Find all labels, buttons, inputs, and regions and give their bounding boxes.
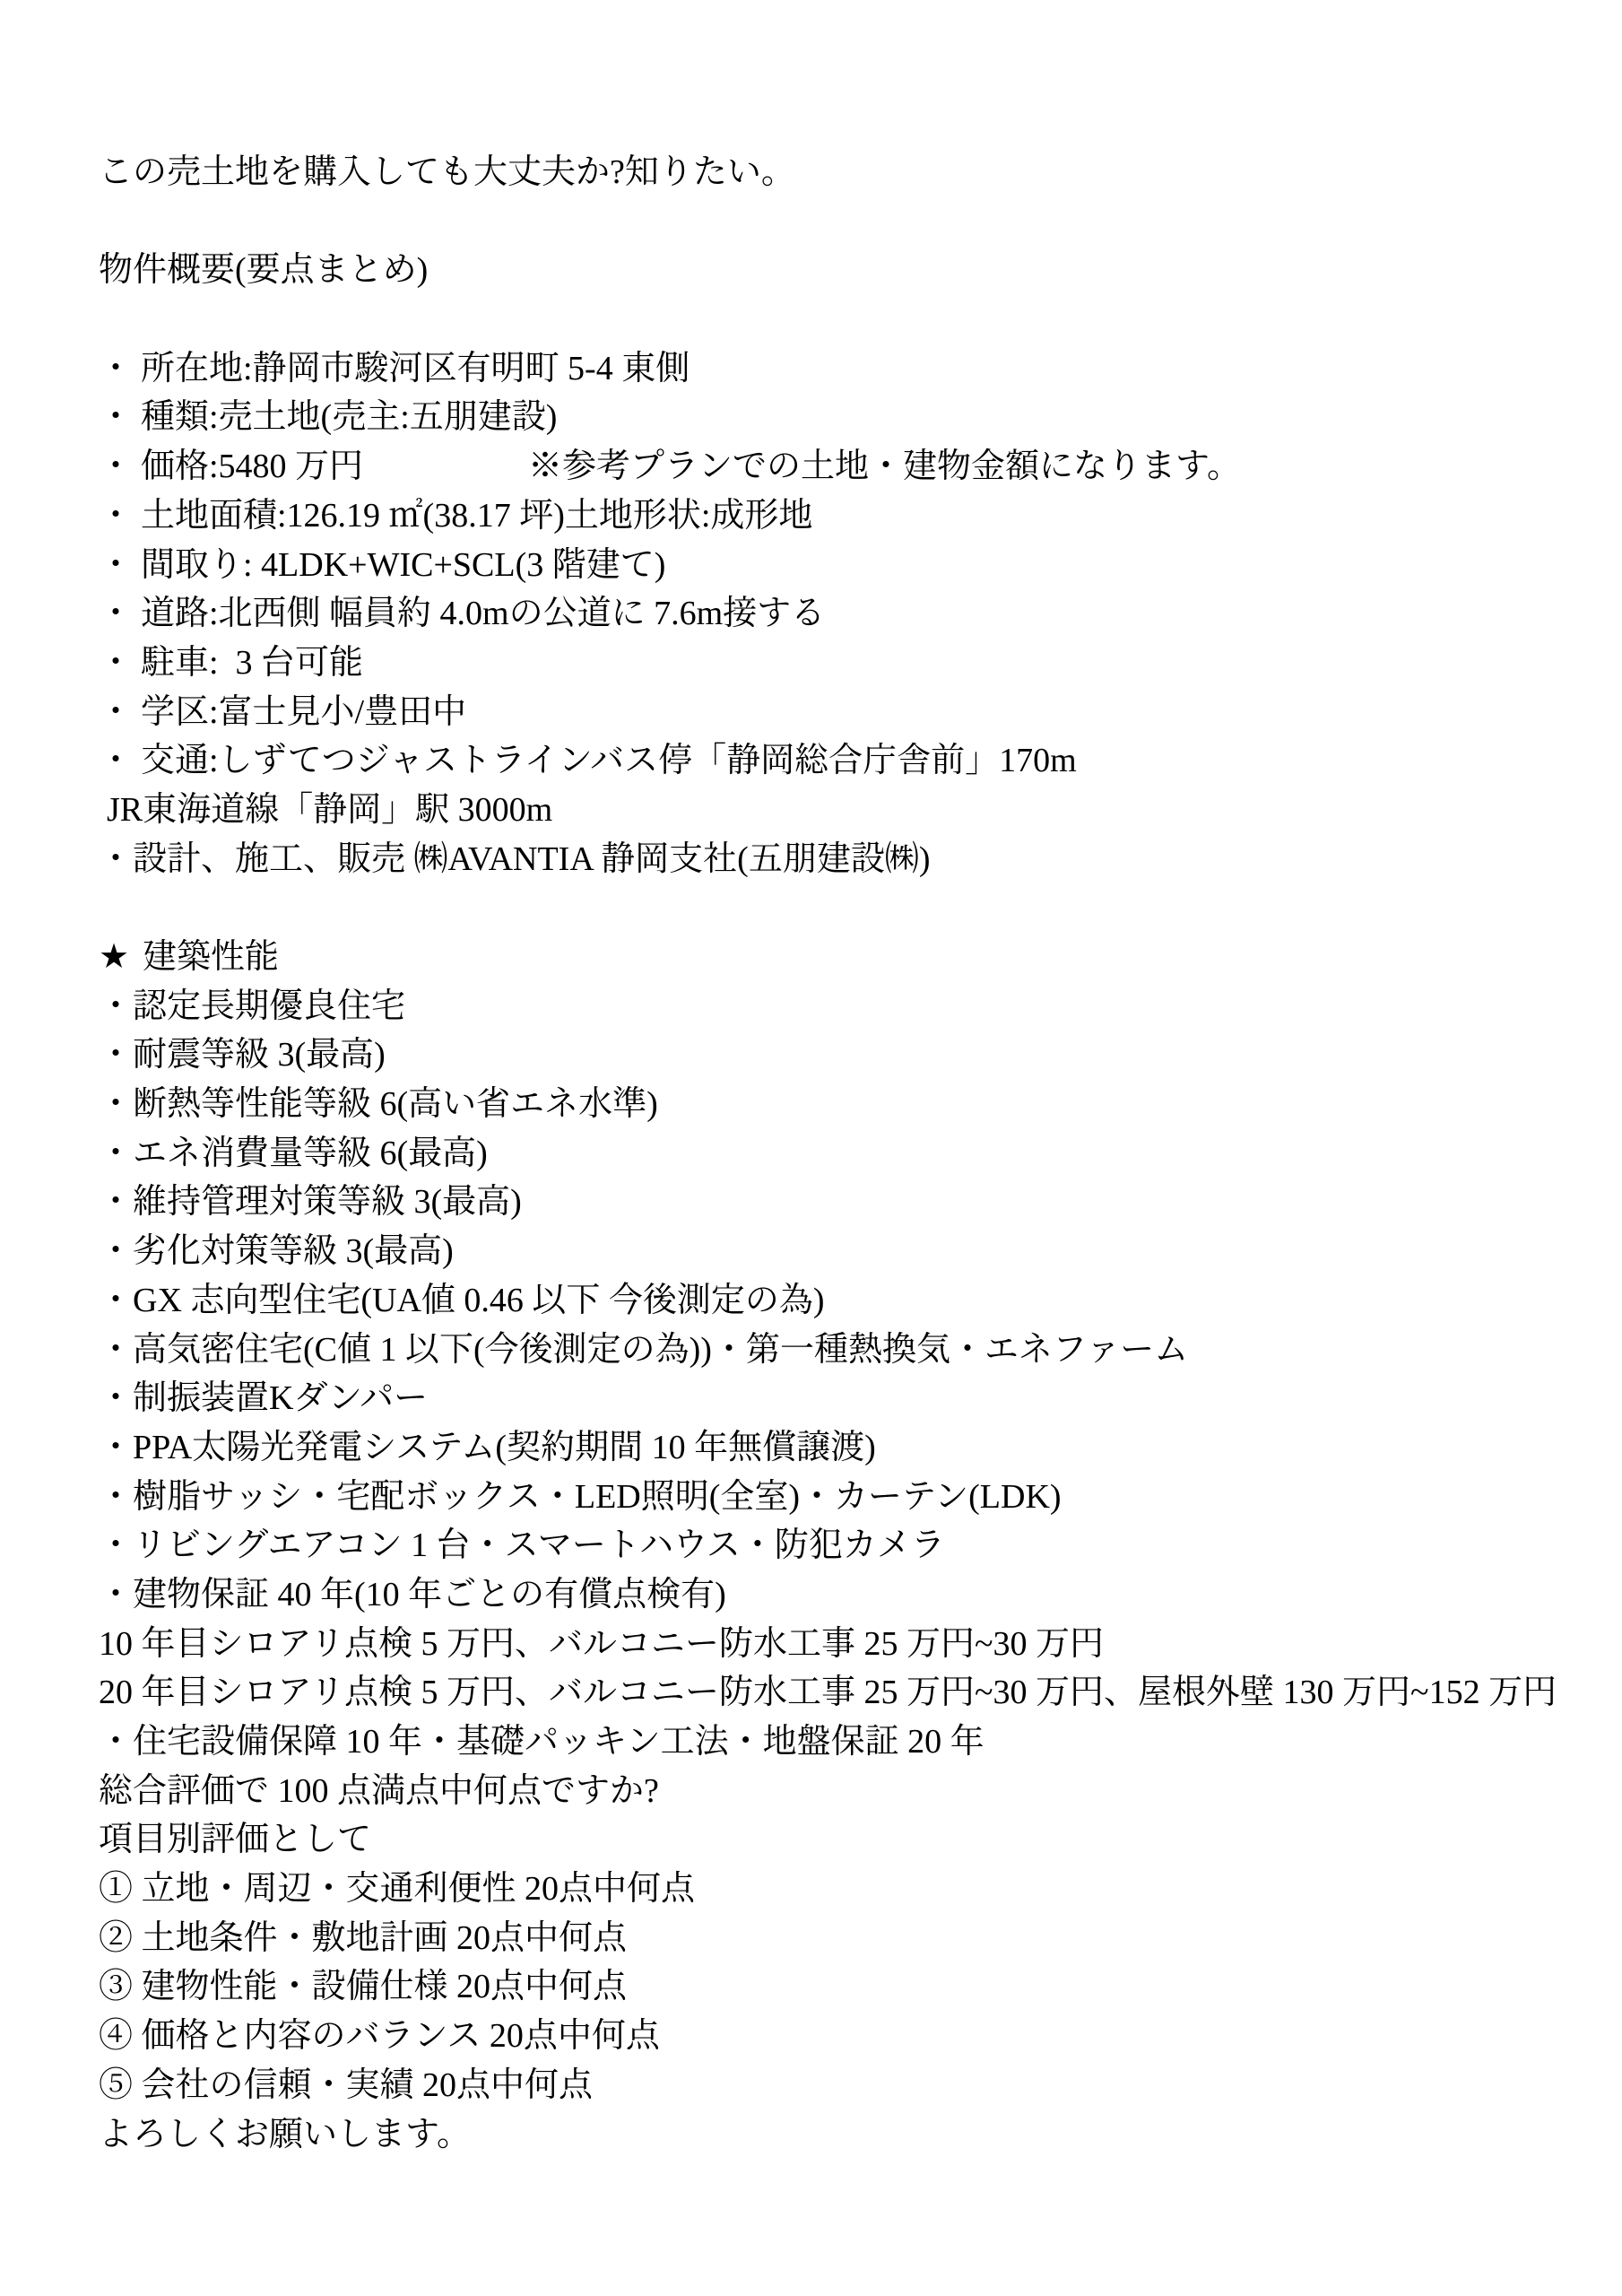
perf-item-aircon-smarthouse: ・リビングエアコン 1 台・スマートハウス・防犯カメラ: [99, 1521, 1618, 1570]
overview-item-land-area: ・土地面積:126.19 ㎡(38.17 坪)土地形状:成形地: [99, 491, 1618, 541]
overview-item-location: ・所在地:静岡市駿河区有明町 5-4 東側: [99, 344, 1618, 394]
intro-question: この売土地を購入しても大丈夫か?知りたい。: [99, 148, 1618, 197]
overview-item-road-text: 道路:北西側 幅員約 4.0mの公道に 7.6m接する: [141, 595, 825, 632]
bullet-icon: ・: [99, 541, 141, 590]
eval-total-question: 総合評価で 100 点満点中何点ですか?: [99, 1767, 1618, 1816]
bullet-icon: ・: [99, 688, 141, 737]
blank-line: [99, 883, 1618, 933]
bullet-icon: ・: [99, 639, 141, 688]
perf-item-equipment-warranty: ・住宅設備保障 10 年・基礎パッキン工法・地盤保証 20 年: [99, 1718, 1618, 1767]
price-reference-note: ※参考プランでの土地・建物金額になります。: [528, 442, 1241, 491]
overview-item-price: ・価格:5480 万円※参考プランでの土地・建物金額になります。: [99, 442, 1618, 491]
overview-heading: 物件概要(要点まとめ): [99, 246, 1618, 295]
overview-item-land-area-text: 土地面積:126.19 ㎡(38.17 坪)土地形状:成形地: [141, 497, 812, 535]
overview-item-location-text: 所在地:静岡市駿河区有明町 5-4 東側: [141, 350, 690, 387]
perf-item-ppa-solar: ・PPA太陽光発電システム(契約期間 10 年無償譲渡): [99, 1423, 1618, 1473]
eval-lead: 項目別評価として: [99, 1815, 1618, 1865]
perf-item-insulation-grade: ・断熱等性能等級 6(高い省エネ水準): [99, 1080, 1618, 1129]
perf-item-airtight-house: ・高気密住宅(C値 1 以下(今後測定の為))・第一種熱換気・エネファーム: [99, 1326, 1618, 1375]
overview-item-school-district: ・学区:富士見小/豊田中: [99, 688, 1618, 737]
blank-line: [99, 197, 1618, 247]
overview-item-transit: ・交通:しずてつジャストラインバス停「静岡総合庁舎前」170m: [99, 736, 1618, 786]
eval-item-3-building: ③ 建物性能・設備仕様 20点中何点: [99, 1962, 1618, 2012]
perf-item-k-damper: ・制振装置Kダンパー: [99, 1374, 1618, 1423]
perf-item-long-term-certified: ・認定長期優良住宅: [99, 982, 1618, 1031]
overview-item-transit-text: 交通:しずてつジャストラインバス停「静岡総合庁舎前」170m: [141, 742, 1077, 779]
eval-item-4-price-balance: ④ 価格と内容のバランス 20点中何点: [99, 2012, 1618, 2061]
bullet-icon: ・: [99, 393, 141, 442]
perf-item-seismic-grade: ・耐震等級 3(最高): [99, 1031, 1618, 1080]
document-page: この売土地を購入しても大丈夫か?知りたい。 物件概要(要点まとめ) ・所在地:静…: [0, 0, 1622, 2296]
perf-item-termite-10y: 10 年目シロアリ点検 5 万円、バルコニー防水工事 25 万円~30 万円: [99, 1620, 1618, 1669]
overview-item-floor-plan: ・間取り: 4LDK+WIC+SCL(3 階建て): [99, 541, 1618, 590]
bullet-icon: ・: [99, 736, 141, 786]
perf-item-gx-house: ・GX 志向型住宅(UA値 0.46 以下 今後測定の為): [99, 1276, 1618, 1326]
eval-item-1-location: ① 立地・周辺・交通利便性 20点中何点: [99, 1865, 1618, 1914]
eval-item-5-company-trust: ⑤ 会社の信頼・実績 20点中何点: [99, 2061, 1618, 2110]
bullet-icon: ・: [99, 491, 141, 541]
blank-line: [99, 295, 1618, 344]
overview-item-road: ・道路:北西側 幅員約 4.0mの公道に 7.6m接する: [99, 589, 1618, 639]
overview-item-price-text: 価格:5480 万円: [141, 448, 363, 485]
document-content: この売土地を購入しても大丈夫か?知りたい。 物件概要(要点まとめ) ・所在地:静…: [99, 148, 1618, 2159]
performance-heading: ★建築性能: [99, 933, 1618, 982]
builder-line: ・設計、施工、販売 ㈱AVANTIA 静岡支社(五朋建設㈱): [99, 835, 1618, 884]
perf-item-energy-consumption-grade: ・エネ消費量等級 6(最高): [99, 1129, 1618, 1178]
transit-jr-line: JR東海道線「静岡」駅 3000m: [99, 786, 1618, 835]
performance-heading-text: 建築性能: [143, 938, 279, 976]
overview-item-parking-text: 駐車: 3 台可能: [141, 644, 363, 682]
bullet-icon: ・: [99, 442, 141, 491]
closing-line: よろしくお願いします。: [99, 2110, 1618, 2160]
bullet-icon: ・: [99, 589, 141, 639]
perf-item-maintenance-grade: ・維持管理対策等級 3(最高): [99, 1178, 1618, 1227]
overview-item-type-text: 種類:売土地(売主:五朋建設): [141, 398, 557, 436]
perf-item-building-warranty: ・建物保証 40 年(10 年ごとの有償点検有): [99, 1570, 1618, 1620]
overview-item-parking: ・駐車: 3 台可能: [99, 639, 1618, 688]
bullet-icon: ・: [99, 344, 141, 394]
perf-item-termite-20y: 20 年目シロアリ点検 5 万円、バルコニー防水工事 25 万円~30 万円、屋…: [99, 1668, 1618, 1718]
overview-item-school-district-text: 学区:富士見小/豊田中: [141, 693, 466, 731]
eval-item-2-land: ② 土地条件・敷地計画 20点中何点: [99, 1914, 1618, 1963]
perf-item-deterioration-grade: ・劣化対策等級 3(最高): [99, 1227, 1618, 1276]
star-icon: ★: [99, 933, 143, 982]
overview-item-floor-plan-text: 間取り: 4LDK+WIC+SCL(3 階建て): [141, 546, 665, 584]
overview-item-type: ・種類:売土地(売主:五朋建設): [99, 393, 1618, 442]
perf-item-sash-equipment: ・樹脂サッシ・宅配ボックス・LED照明(全室)・カーテン(LDK): [99, 1473, 1618, 1522]
